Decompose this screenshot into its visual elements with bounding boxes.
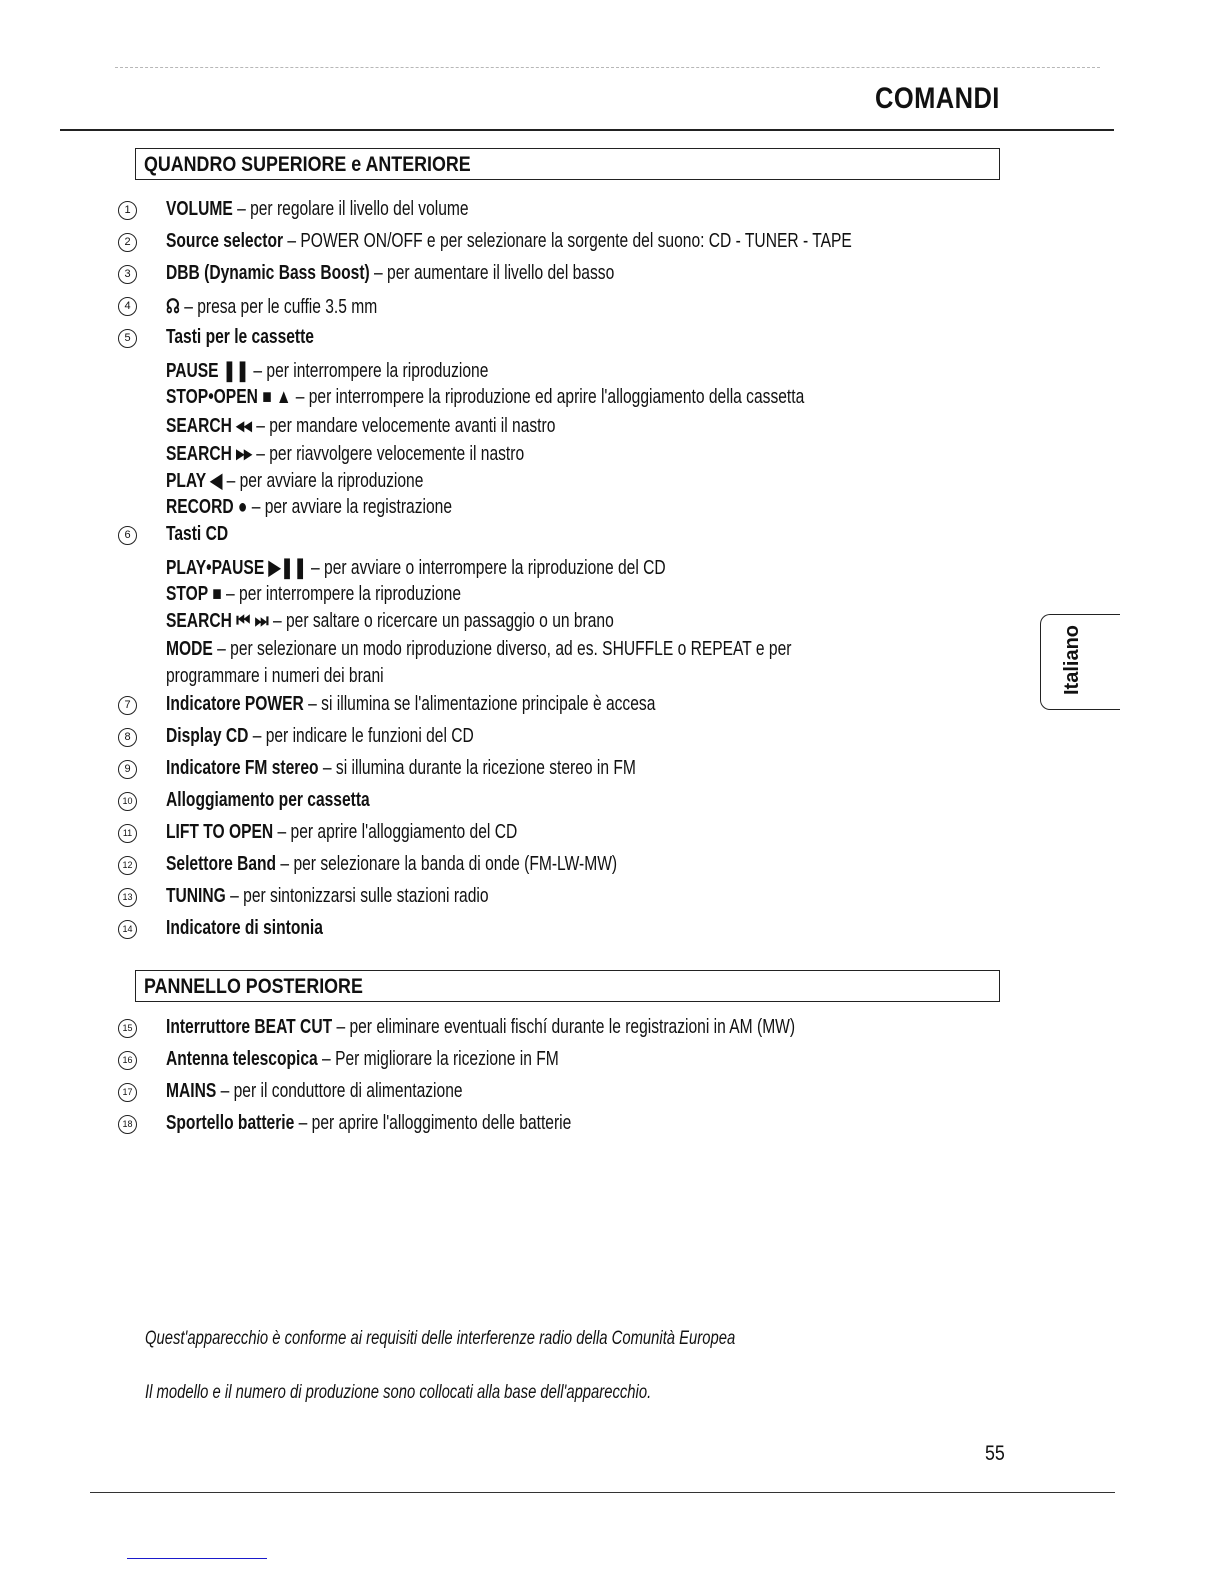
subitem-desc-text: – per avviare la registrazione — [247, 496, 452, 518]
control-label: ☊ — [166, 296, 180, 318]
subitem-description: RECORD ● – per avviare la registrazione — [166, 496, 452, 519]
control-desc-text: – si illumina durante la ricezione stere… — [319, 757, 636, 779]
control-desc-text: – per il conduttore di alimentazione — [216, 1080, 462, 1102]
callout-number: 18 — [118, 1115, 137, 1134]
control-description: ☊ – presa per le cuffie 3.5 mm — [166, 294, 377, 319]
subitem-label: PAUSE ❚❚ — [166, 360, 249, 382]
callout-number: 16 — [118, 1051, 137, 1070]
control-label: Display CD — [166, 725, 248, 747]
subitem-desc-text: – per selezionare un modo riproduzione d… — [213, 638, 792, 660]
callout-number: 4 — [118, 297, 137, 316]
subitem-label: STOP ■ — [166, 583, 222, 605]
subitem-label: RECORD ● — [166, 496, 247, 518]
subitem-description: STOP ■ – per interrompere la riproduzion… — [166, 583, 461, 606]
callout-number: 15 — [118, 1019, 137, 1038]
control-description: Indicatore POWER – si illumina se l'alim… — [166, 693, 655, 716]
callout-number: 14 — [118, 920, 137, 939]
subitem-label: PLAY•PAUSE ▶❚❚ — [166, 557, 307, 579]
control-desc-text: – per selezionare la banda di onde (FM-L… — [276, 853, 617, 875]
subitem-description: SEARCH ▸▸ – per riavvolgere velocemente … — [166, 441, 524, 466]
control-desc-text: – si illumina se l'alimentazione princip… — [304, 693, 656, 715]
subitem-description: PAUSE ❚❚ – per interrompere la riproduzi… — [166, 358, 488, 383]
control-label: Source selector — [166, 230, 283, 252]
callout-number: 8 — [118, 728, 137, 747]
page-heading: COMANDI — [875, 82, 1000, 116]
subitem-label: SEARCH ⏮ ⏭ — [166, 610, 269, 632]
control-desc-text: – per sintonizzarsi sulle stazioni radio — [226, 885, 489, 907]
subitem-desc-text: – per interrompere la riproduzione — [222, 583, 461, 605]
callout-number: 11 — [118, 824, 137, 843]
callout-number: 13 — [118, 888, 137, 907]
control-description: Source selector – POWER ON/OFF e per sel… — [166, 230, 852, 253]
control-description: Alloggiamento per cassetta — [166, 789, 370, 812]
subitem-desc-text: – per interrompere la riproduzione ed ap… — [291, 386, 804, 408]
control-label: TUNING — [166, 885, 226, 907]
control-label: Interruttore BEAT CUT — [166, 1016, 332, 1038]
subitem-label: STOP•OPEN ■ ▲ — [166, 386, 291, 408]
control-label: MAINS — [166, 1080, 216, 1102]
control-description: MAINS – per il conduttore di alimentazio… — [166, 1080, 463, 1103]
subitem-desc-text: – per riavvolgere velocemente il nastro — [252, 443, 524, 465]
control-description: Display CD – per indicare le funzioni de… — [166, 725, 474, 748]
section-title: PANNELLO POSTERIORE — [144, 975, 363, 999]
subitem-description: SEARCH ◂◂ – per mandare velocemente avan… — [166, 413, 555, 438]
subitem-description: SEARCH ⏮ ⏭ – per saltare o ricercare un … — [166, 610, 614, 633]
control-label: Tasti per le cassette — [166, 326, 314, 348]
control-label: Antenna telescopica — [166, 1048, 318, 1070]
language-label: Italiano — [1061, 625, 1084, 695]
control-label: Indicatore POWER — [166, 693, 304, 715]
control-label: VOLUME — [166, 198, 233, 220]
callout-number: 17 — [118, 1083, 137, 1102]
subitem-desc-text: programmare i numeri dei brani — [166, 665, 384, 687]
control-label: Tasti CD — [166, 523, 228, 545]
control-label: Alloggiamento per cassetta — [166, 789, 370, 811]
language-tab: Italiano — [1040, 614, 1120, 710]
callout-number: 2 — [118, 233, 137, 252]
callout-number: 10 — [118, 792, 137, 811]
subitem-description: PLAY ◀ – per avviare la riproduzione — [166, 468, 423, 493]
control-desc-text: – per aumentare il livello del basso — [370, 262, 615, 284]
note-model-location: Il modello e il numero di produzione son… — [145, 1382, 651, 1404]
scan-artifact-dashes — [115, 67, 1100, 68]
control-desc-text: – POWER ON/OFF e per selezionare la sorg… — [283, 230, 852, 252]
footer-rule — [90, 1492, 1115, 1493]
control-desc-text: – per aprire l'alloggimento delle batter… — [294, 1112, 571, 1134]
control-desc-text: – presa per le cuffie 3.5 mm — [180, 296, 377, 318]
control-label: LIFT TO OPEN — [166, 821, 273, 843]
header-rule — [60, 129, 1114, 131]
callout-number: 12 — [118, 856, 137, 875]
control-desc-text: – per aprire l'alloggiamento del CD — [273, 821, 517, 843]
section-header-top-front: QUANDRO SUPERIORE e ANTERIORE — [135, 148, 1000, 180]
control-label: Indicatore FM stereo — [166, 757, 319, 779]
callout-number: 6 — [118, 526, 137, 545]
control-desc-text: – per indicare le funzioni del CD — [248, 725, 473, 747]
control-description: TUNING – per sintonizzarsi sulle stazion… — [166, 885, 489, 908]
control-desc-text: – Per migliorare la ricezione in FM — [318, 1048, 559, 1070]
control-description: Tasti CD — [166, 523, 228, 546]
subitem-desc-text: – per avviare o interrompere la riproduz… — [307, 557, 666, 579]
subitem-description: MODE – per selezionare un modo riproduzi… — [166, 638, 791, 661]
control-description: LIFT TO OPEN – per aprire l'alloggiament… — [166, 821, 517, 844]
control-label: DBB (Dynamic Bass Boost) — [166, 262, 370, 284]
control-description: VOLUME – per regolare il livello del vol… — [166, 198, 469, 221]
control-desc-text: – per regolare il livello del volume — [233, 198, 469, 220]
section-title: QUANDRO SUPERIORE e ANTERIORE — [144, 153, 471, 177]
subitem-description: PLAY•PAUSE ▶❚❚ – per avviare o interromp… — [166, 555, 666, 580]
subitem-label: MODE — [166, 638, 213, 660]
control-description: Selettore Band – per selezionare la band… — [166, 853, 617, 876]
subitem-desc-text: – per avviare la riproduzione — [222, 470, 423, 492]
page-number: 55 — [985, 1442, 1005, 1466]
control-description: Tasti per le cassette — [166, 326, 314, 349]
subitem-description: STOP•OPEN ■ ▲ – per interrompere la ripr… — [166, 386, 804, 409]
callout-number: 5 — [118, 329, 137, 348]
subitem-description: programmare i numeri dei brani — [166, 665, 384, 688]
control-description: DBB (Dynamic Bass Boost) – per aumentare… — [166, 262, 614, 285]
callout-number: 9 — [118, 760, 137, 779]
subitem-label: SEARCH ◂◂ — [166, 415, 252, 437]
control-label: Sportello batterie — [166, 1112, 294, 1134]
section-header-rear: PANNELLO POSTERIORE — [135, 970, 1000, 1002]
note-ce-compliance: Quest'apparecchio è conforme ai requisit… — [145, 1328, 735, 1350]
control-description: Indicatore FM stereo – si illumina duran… — [166, 757, 636, 780]
subitem-desc-text: – per interrompere la riproduzione — [249, 360, 488, 382]
subitem-desc-text: – per saltare o ricercare un passaggio o… — [269, 610, 614, 632]
control-label: Indicatore di sintonia — [166, 917, 323, 939]
subitem-label: SEARCH ▸▸ — [166, 443, 252, 465]
control-description: Interruttore BEAT CUT – per eliminare ev… — [166, 1016, 795, 1039]
control-desc-text: – per eliminare eventuali fischí durante… — [332, 1016, 795, 1038]
subitem-desc-text: – per mandare velocemente avanti il nast… — [252, 415, 556, 437]
callout-number: 3 — [118, 265, 137, 284]
control-description: Indicatore di sintonia — [166, 917, 323, 940]
control-description: Sportello batterie – per aprire l'allogg… — [166, 1112, 571, 1135]
callout-number: 7 — [118, 696, 137, 715]
blue-underline — [127, 1558, 267, 1559]
callout-number: 1 — [118, 201, 137, 220]
control-description: Antenna telescopica – Per migliorare la … — [166, 1048, 559, 1071]
subitem-label: PLAY ◀ — [166, 470, 222, 492]
control-label: Selettore Band — [166, 853, 276, 875]
